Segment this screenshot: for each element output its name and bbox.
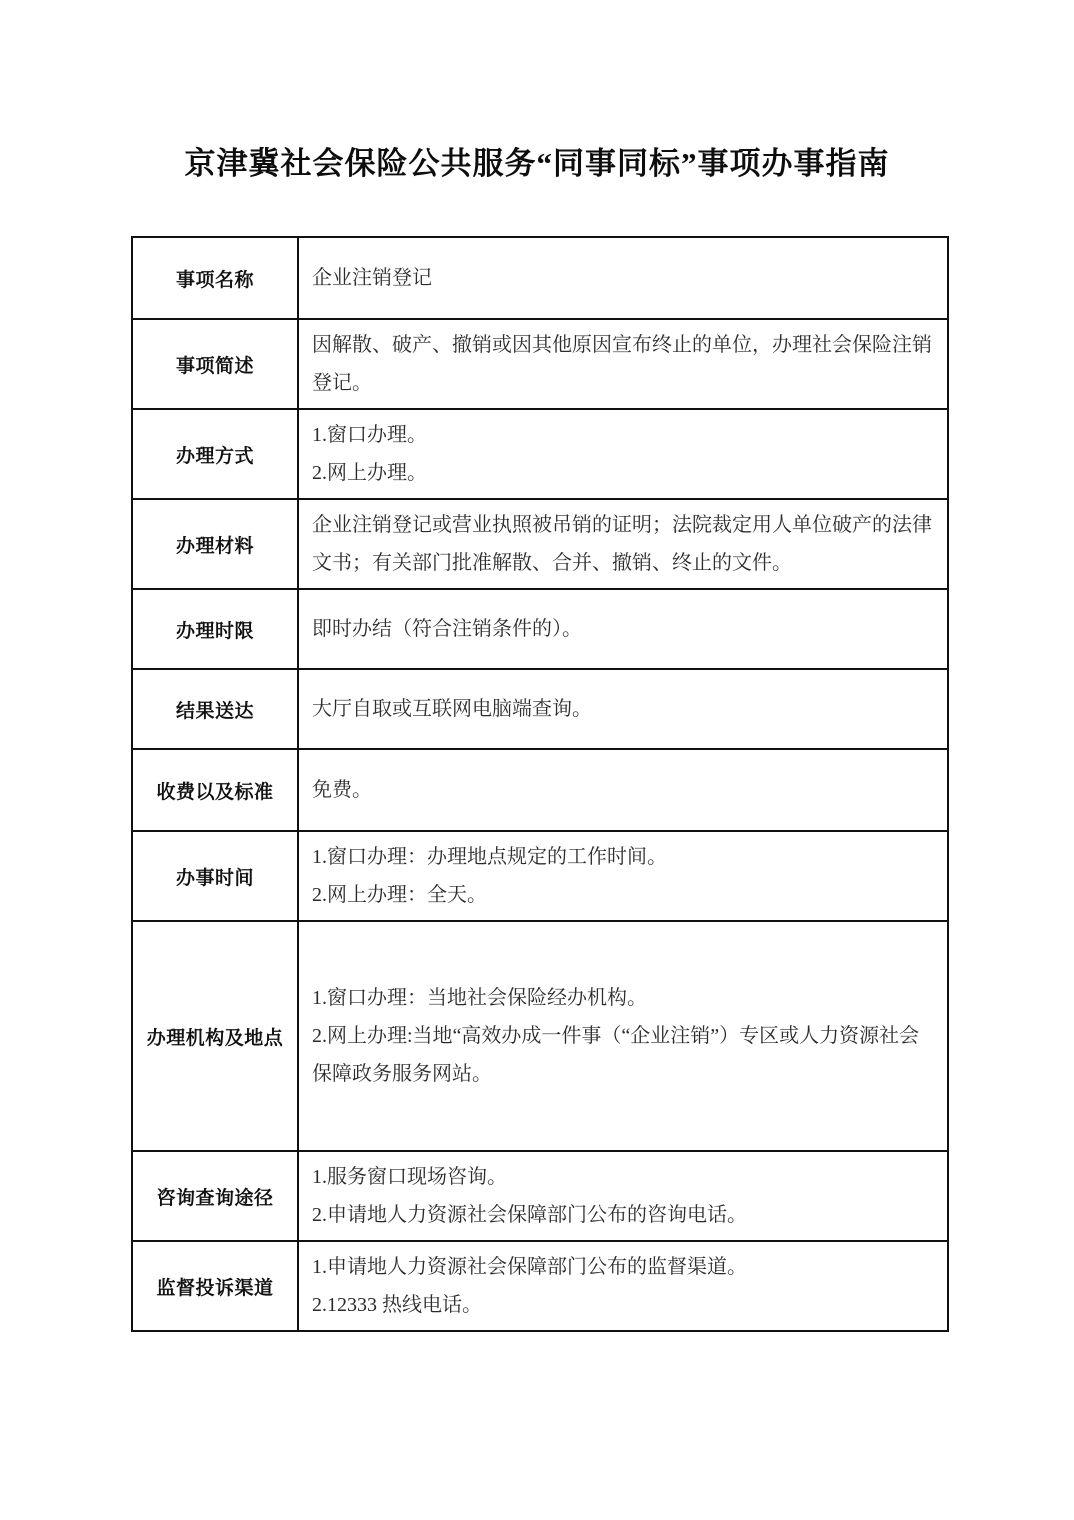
row-label: 办理机构及地点 xyxy=(132,921,298,1151)
row-content: 1.申请地人力资源社会保障部门公布的监督渠道。 2.12333 热线电话。 xyxy=(298,1241,948,1331)
row-handling-method: 办理方式 1.窗口办理。 2.网上办理。 xyxy=(132,409,948,499)
row-fees-standard: 收费以及标准 免费。 xyxy=(132,749,948,831)
row-content: 企业注销登记或营业执照被吊销的证明；法院裁定用人单位破产的法律文书；有关部门批准… xyxy=(298,499,948,589)
row-content: 因解散、破产、撤销或因其他原因宣布终止的单位，办理社会保险注销登记。 xyxy=(298,319,948,409)
row-label: 办理时限 xyxy=(132,589,298,669)
row-label: 办理材料 xyxy=(132,499,298,589)
row-label: 事项名称 xyxy=(132,237,298,319)
row-required-materials: 办理材料 企业注销登记或营业执照被吊销的证明；法院裁定用人单位破产的法律文书；有… xyxy=(132,499,948,589)
row-label: 咨询查询途径 xyxy=(132,1151,298,1241)
row-content: 1.窗口办理：办理地点规定的工作时间。 2.网上办理：全天。 xyxy=(298,831,948,921)
row-content: 1.窗口办理。 2.网上办理。 xyxy=(298,409,948,499)
row-result-delivery: 结果送达 大厅自取或互联网电脑端查询。 xyxy=(132,669,948,749)
row-label: 事项简述 xyxy=(132,319,298,409)
row-supervision-channels: 监督投诉渠道 1.申请地人力资源社会保障部门公布的监督渠道。 2.12333 热… xyxy=(132,1241,948,1331)
row-time-limit: 办理时限 即时办结（符合注销条件的）。 xyxy=(132,589,948,669)
document-title: 京津冀社会保险公共服务“同事同标”事项办事指南 xyxy=(40,141,1034,187)
row-content: 1.服务窗口现场咨询。 2.申请地人力资源社会保障部门公布的咨询电话。 xyxy=(298,1151,948,1241)
info-table: 事项名称 企业注销登记 事项简述 因解散、破产、撤销或因其他原因宣布终止的单位，… xyxy=(131,236,949,1332)
document-page: 京津冀社会保险公共服务“同事同标”事项办事指南 事项名称 企业注销登记 事项简述… xyxy=(0,0,1074,1520)
row-item-summary: 事项简述 因解散、破产、撤销或因其他原因宣布终止的单位，办理社会保险注销登记。 xyxy=(132,319,948,409)
row-item-name: 事项名称 企业注销登记 xyxy=(132,237,948,319)
row-label: 结果送达 xyxy=(132,669,298,749)
row-content: 免费。 xyxy=(298,749,948,831)
row-label: 收费以及标准 xyxy=(132,749,298,831)
row-inquiry-channels: 咨询查询途径 1.服务窗口现场咨询。 2.申请地人力资源社会保障部门公布的咨询电… xyxy=(132,1151,948,1241)
row-agency-location: 办理机构及地点 1.窗口办理：当地社会保险经办机构。 2.网上办理:当地“高效办… xyxy=(132,921,948,1151)
row-label: 办事时间 xyxy=(132,831,298,921)
row-content: 1.窗口办理：当地社会保险经办机构。 2.网上办理:当地“高效办成一件事（“企业… xyxy=(298,921,948,1151)
row-content: 大厅自取或互联网电脑端查询。 xyxy=(298,669,948,749)
row-service-hours: 办事时间 1.窗口办理：办理地点规定的工作时间。 2.网上办理：全天。 xyxy=(132,831,948,921)
row-label: 监督投诉渠道 xyxy=(132,1241,298,1331)
row-content: 企业注销登记 xyxy=(298,237,948,319)
row-content: 即时办结（符合注销条件的）。 xyxy=(298,589,948,669)
row-label: 办理方式 xyxy=(132,409,298,499)
